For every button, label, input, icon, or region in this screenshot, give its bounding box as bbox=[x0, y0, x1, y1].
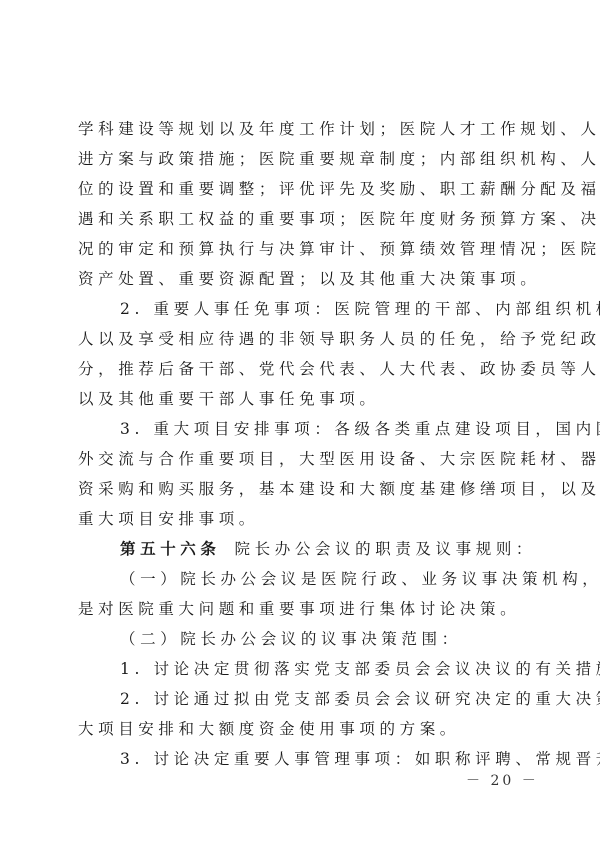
text-line: 大项目安排和大额度资金使用事项的方案。 bbox=[78, 714, 526, 744]
text-line: 资采购和购买服务，基本建设和大额度基建修缮项目，以及其他 bbox=[78, 474, 526, 504]
text-line: 是对医院重大问题和重要事项进行集体讨论决策。 bbox=[78, 594, 526, 624]
text-line: 1. 讨论决定贯彻落实党支部委员会会议决议的有关措施。 bbox=[78, 654, 526, 684]
text-line: 以及其他重要干部人事任免事项。 bbox=[78, 384, 526, 414]
text-line: （二）院长办公会议的议事决策范围： bbox=[78, 624, 526, 654]
text-line: 人以及享受相应待遇的非领导职务人员的任免，给予党纪政纪处 bbox=[78, 324, 526, 354]
text-line: 外交流与合作重要项目，大型医用设备、大宗医院耗材、器械物 bbox=[78, 444, 526, 474]
text-line: 位的设置和重要调整；评优评先及奖励、职工薪酬分配及福利待 bbox=[78, 174, 526, 204]
text-line: 3. 重大项目安排事项：各级各类重点建设项目，国内国（境） bbox=[78, 414, 526, 444]
text-line: 2. 讨论通过拟由党支部委员会会议研究决定的重大决策、重 bbox=[78, 684, 526, 714]
text-line: 况的审定和预算执行与决算审计、预算绩效管理情况；医院重要 bbox=[78, 234, 526, 264]
article-number: 第五十六条 bbox=[120, 539, 221, 558]
document-body: 学科建设等规划以及年度工作计划；医院人才工作规划、人才引 进方案与政策措施；医院… bbox=[78, 114, 526, 774]
text-line: （一）院长办公会议是医院行政、业务议事决策机构，职责 bbox=[78, 564, 526, 594]
article-heading-line: 第五十六条院长办公会议的职责及议事规则： bbox=[78, 534, 526, 564]
page-number: － 20 － bbox=[466, 770, 539, 790]
text-line: 3. 讨论决定重要人事管理事项：如职称评聘、常规晋升晋级 bbox=[78, 744, 526, 774]
text-line: 遇和关系职工权益的重要事项；医院年度财务预算方案、决算情 bbox=[78, 204, 526, 234]
text-line: 资产处置、重要资源配置；以及其他重大决策事项。 bbox=[78, 264, 526, 294]
text-line: 进方案与政策措施；医院重要规章制度；内部组织机构、人员岗 bbox=[78, 144, 526, 174]
text-line: 重大项目安排事项。 bbox=[78, 504, 526, 534]
article-title: 院长办公会议的职责及议事规则： bbox=[235, 540, 537, 558]
text-line: 分，推荐后备干部、党代会代表、人大代表、政协委员等人选， bbox=[78, 354, 526, 384]
text-line: 2. 重要人事任免事项：医院管理的干部、内部组织机构负责 bbox=[78, 294, 526, 324]
text-line: 学科建设等规划以及年度工作计划；医院人才工作规划、人才引 bbox=[78, 114, 526, 144]
